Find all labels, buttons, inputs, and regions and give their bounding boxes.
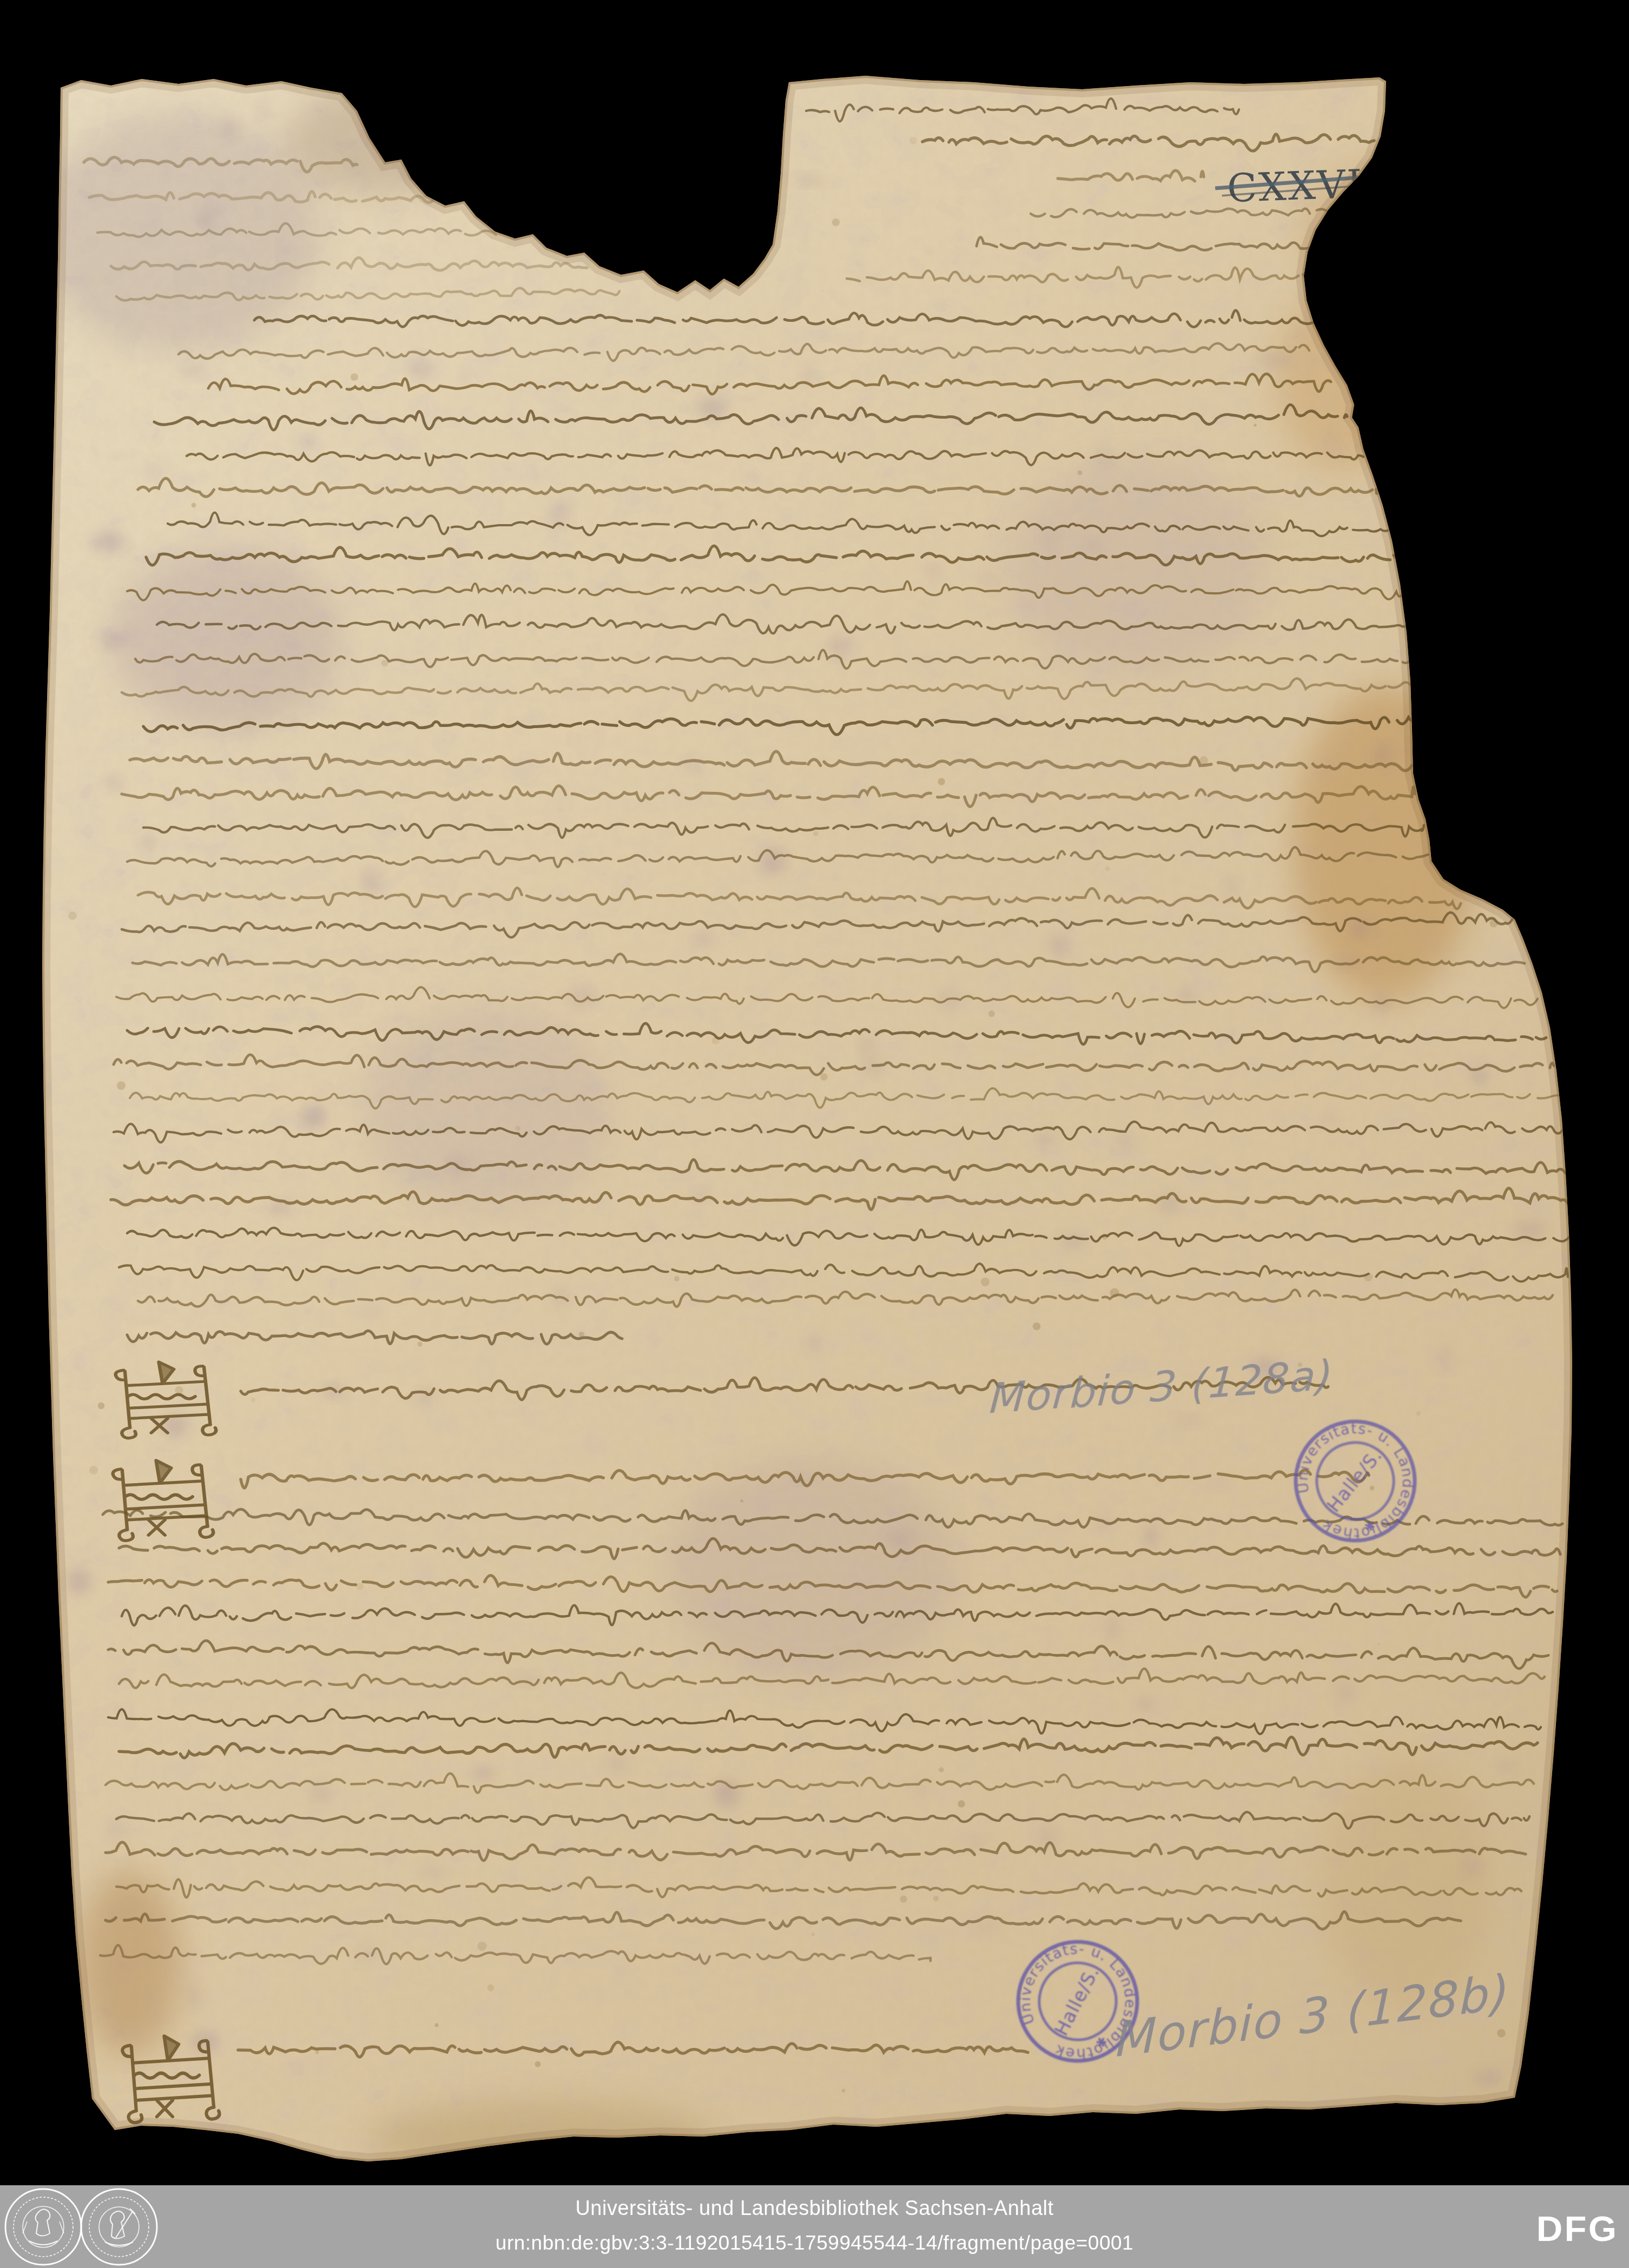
speckle [535,2061,541,2067]
speckle [381,660,388,667]
speckle [909,137,917,144]
speckle [117,1081,126,1090]
speckle [1497,2029,1505,2037]
footer-bar: Universitäts- und Landesbibliothek Sachs… [0,2185,1629,2268]
speckle [842,2089,845,2092]
blotch [566,986,597,1007]
blotch [1176,989,1197,1001]
speckle [1105,867,1110,871]
speckle [1254,424,1256,426]
speckle [832,219,840,226]
speckle [1378,1643,1380,1645]
blotch [361,867,382,895]
blotch [1200,1479,1231,1488]
university-seal-right [81,2189,157,2265]
blotch [295,435,317,448]
blotch [1094,447,1115,471]
blotch [603,1753,632,1775]
blotch [1498,1761,1514,1771]
blotch [463,371,471,384]
blotch [1115,1132,1136,1152]
blotch [100,635,126,647]
blotch [1225,876,1236,901]
stain [114,546,341,730]
speckle [742,196,749,202]
speckle [766,120,775,129]
speckle [900,1895,907,1902]
blotch [108,1823,125,1840]
speckle [515,1126,520,1130]
speckle [89,1466,98,1474]
speckle [1427,660,1434,667]
speckle [98,1403,104,1409]
blotch [1456,620,1476,645]
parchment-surface: CXXVIII Morbio 3 (128a) Morbio 3 (128b) [32,70,1580,2177]
speckle [811,1932,815,1936]
blotch [598,127,608,148]
library-name: Universitäts- und Landesbibliothek Sachs… [328,2197,1302,2220]
blotch [1322,1113,1335,1126]
blotch [1145,1523,1157,1548]
scan-viewer: Universitäts- u. Landesbibliothek ✱ Hall… [0,0,1629,2268]
blotch [362,1307,382,1318]
blotch [924,565,940,578]
blotch [1316,1790,1343,1798]
blotch [1137,1699,1155,1710]
speckle [958,1800,965,1807]
speckle [477,1941,486,1950]
blotch [1462,1856,1481,1878]
blotch [91,533,124,551]
stain [1006,460,1266,676]
blotch [407,359,432,379]
blotch [692,931,717,947]
speckle [981,1278,990,1286]
speckle [351,373,358,381]
speckle [820,1073,828,1081]
blotch [1049,935,1069,955]
speckle [315,2051,319,2054]
urn-identifier: urn:nbn:de:gbv:3:3-1192015415-1759945544… [328,2232,1302,2254]
speckle [417,1341,422,1346]
dfg-logo: DFG [1536,2209,1618,2249]
manuscript-scan: Universitäts- u. Landesbibliothek ✱ Hall… [0,0,1629,2185]
blotch [1174,1417,1202,1425]
blotch [472,1768,494,1779]
speckle [933,1896,939,1902]
blotch [723,163,731,182]
stain [1293,687,1477,1001]
blotch [419,1866,446,1879]
blotch [696,398,727,416]
speckle [1077,470,1082,475]
blotch [862,1037,872,1054]
footer-attribution: Universitäts- und Landesbibliothek Sachs… [328,2185,1302,2268]
speckle [356,1583,363,1590]
university-seals [2,2185,164,2268]
stain [362,1006,611,1212]
speckle [938,778,945,785]
blotch [803,1334,824,1354]
blotch [961,1839,987,1848]
blotch [888,1527,916,1551]
blotch [1044,531,1056,553]
blotch [1436,1345,1453,1370]
blotch [185,1983,203,2010]
blotch [107,777,121,789]
blotch [1474,2072,1501,2085]
stain [665,1455,958,1682]
blotch [447,1155,469,1175]
speckle [434,2023,438,2027]
speckle [487,1985,494,1992]
speckle [175,1386,183,1394]
speckle [1370,1486,1375,1491]
stain [287,87,471,195]
blotch [1376,240,1402,267]
blotch [1036,1131,1055,1147]
speckle [674,1276,680,1281]
speckle [251,1398,255,1402]
speckle [988,1010,995,1017]
blotch [67,1568,91,1594]
speckle [1416,1411,1421,1416]
blotch [794,176,819,183]
blotch [821,180,833,189]
blotch [1335,1678,1356,1705]
blotch [1514,1222,1546,1238]
blotch [1466,1261,1481,1269]
blotch [258,91,269,118]
blotch [199,207,213,228]
blotch [220,121,237,138]
stain [78,1872,181,2055]
blotch [141,832,155,854]
speckle [1033,1323,1041,1331]
speckle [68,911,77,920]
blotch [886,2055,895,2070]
blotch [1085,541,1104,551]
speckle [192,503,196,508]
speckle [813,831,819,836]
blotch [1258,354,1291,365]
blotch [301,1105,326,1128]
blotch [267,1203,292,1214]
blotch [1106,1616,1120,1641]
speckle [939,1767,944,1772]
university-seal-left [5,2189,81,2265]
blotch [177,366,210,377]
blotch [978,573,998,586]
speckle [740,1499,743,1503]
